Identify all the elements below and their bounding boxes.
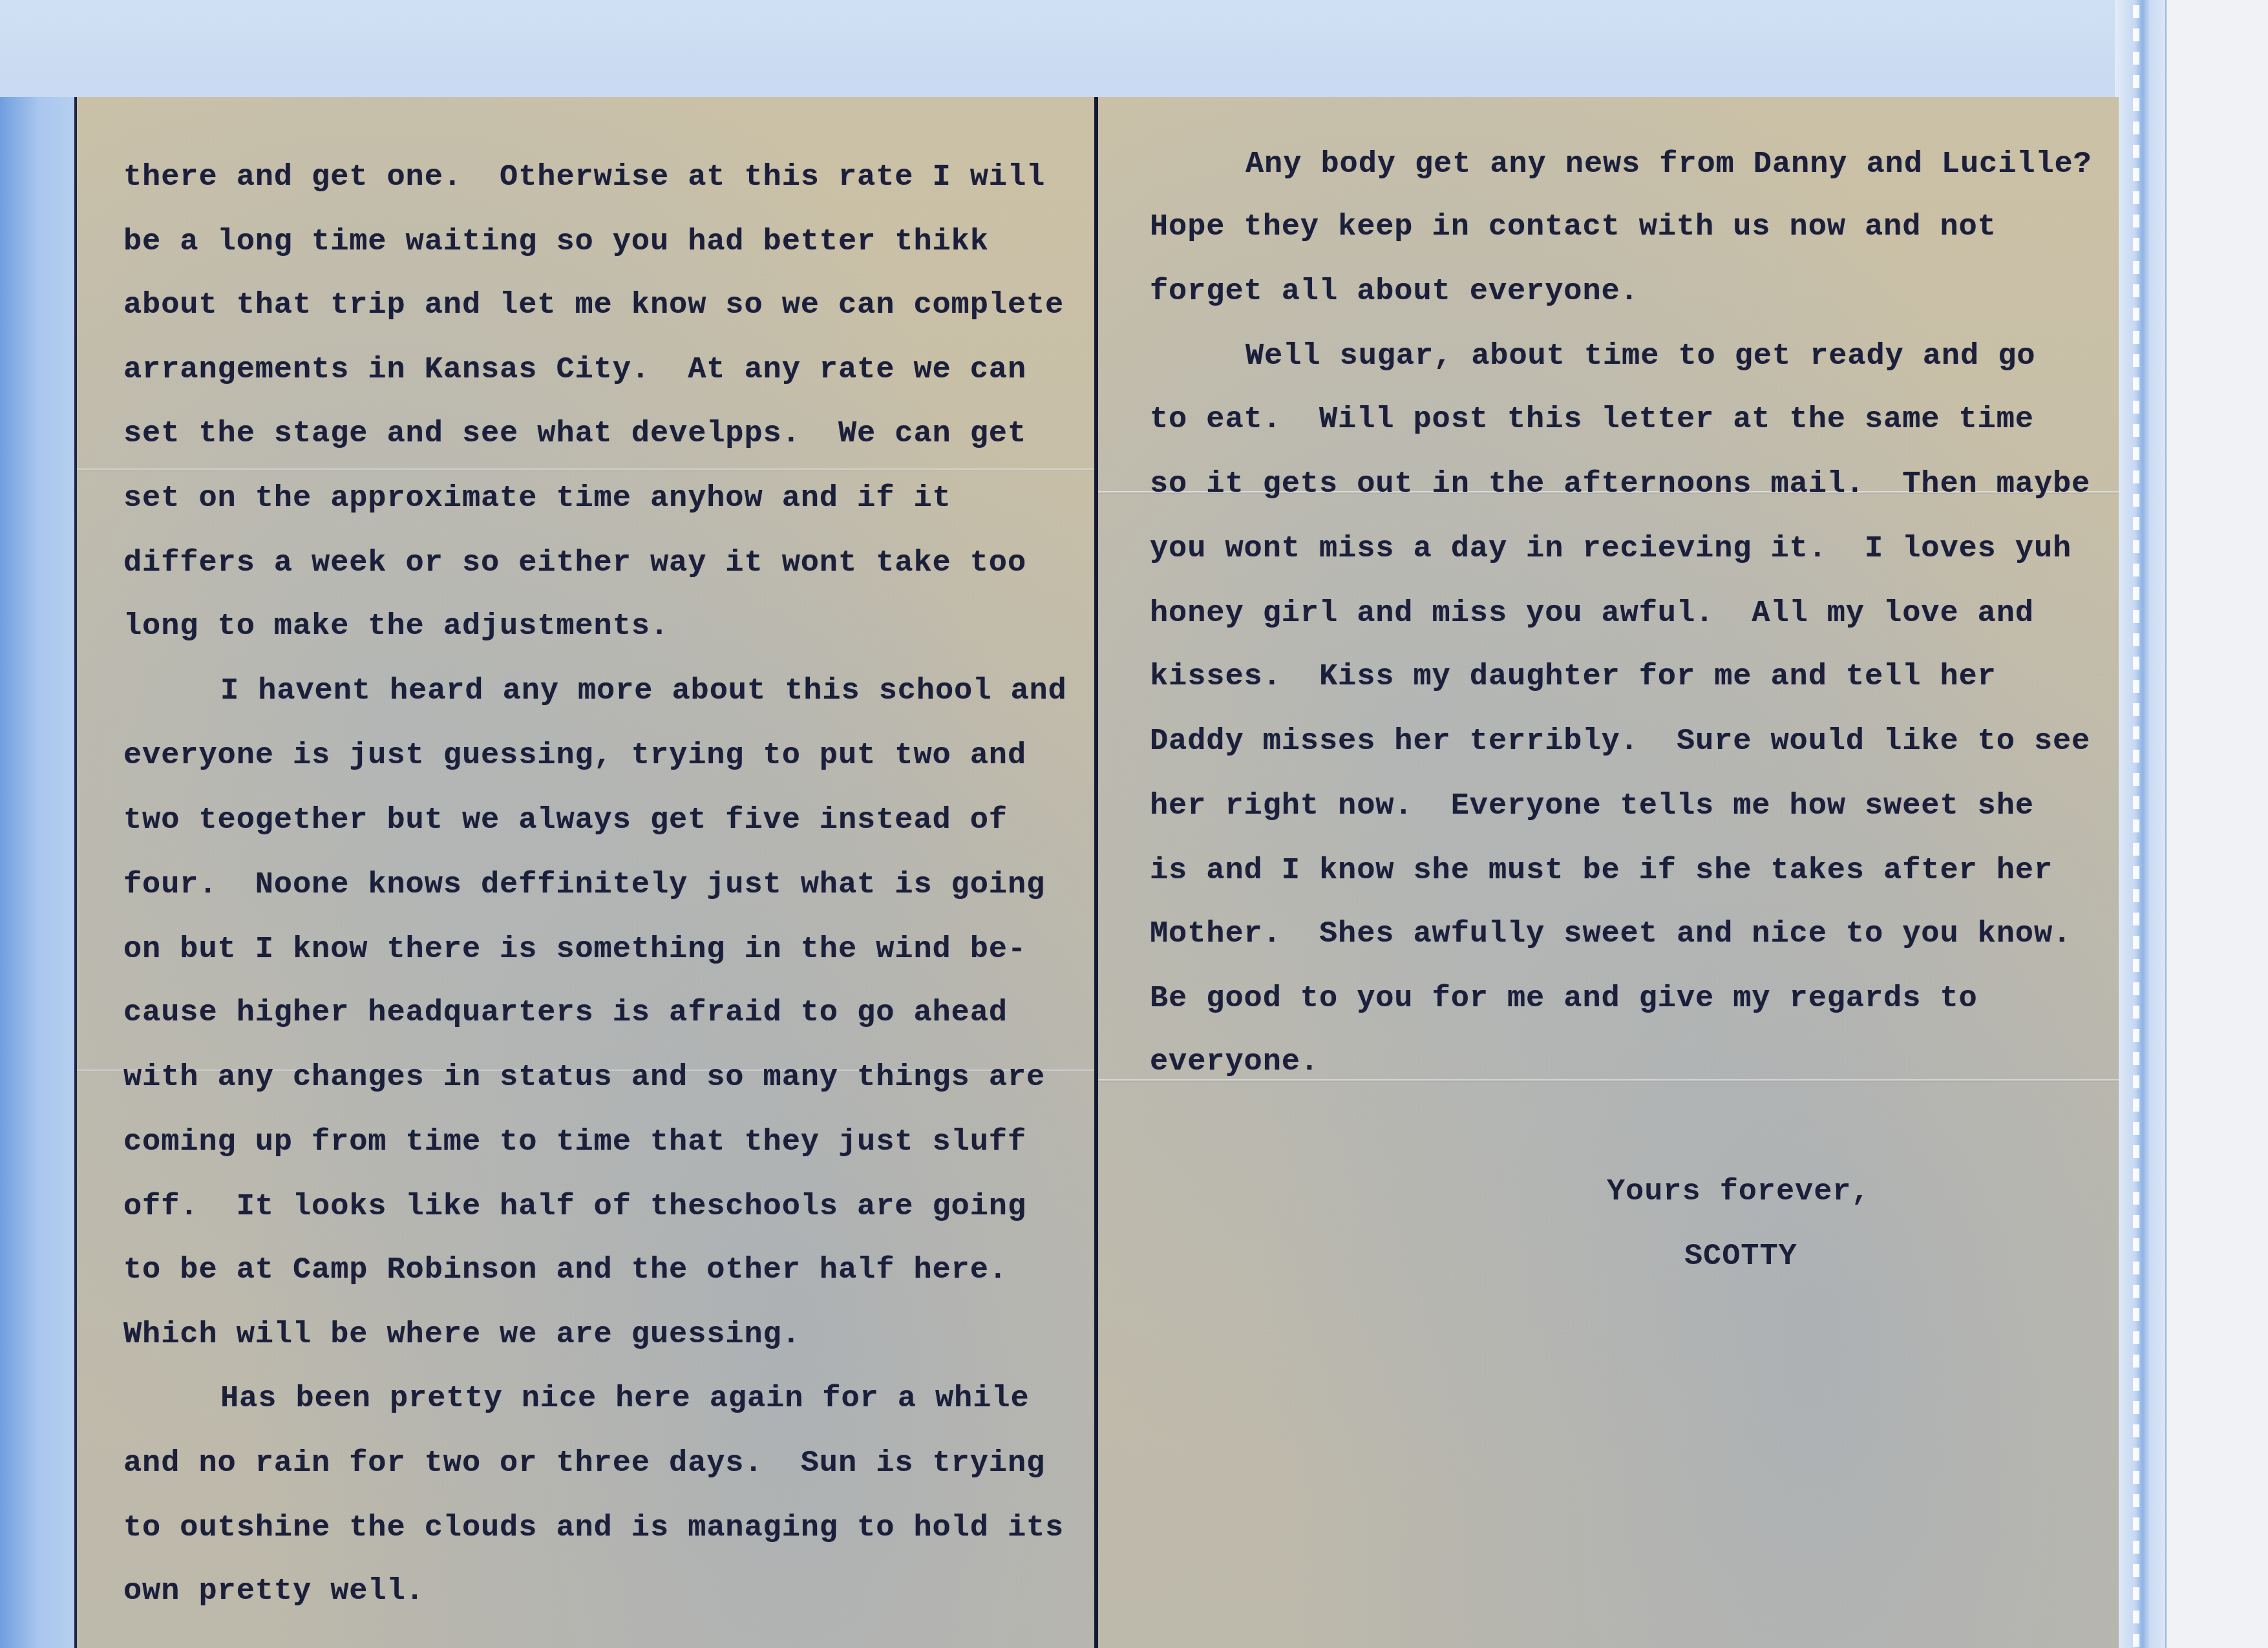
text-line: so it gets out in the afternoons mail. T… [1150,465,2090,504]
text-line: four. Noone knows deffinitely just what … [123,866,1045,905]
text-line: about that trip and let me know so we ca… [123,286,1064,325]
text-line: long to make the adjustments. [123,607,669,646]
text-line: off. It looks like half of theschools ar… [123,1188,1026,1227]
text-line: honey girl and miss you awful. All my lo… [1150,595,2034,633]
text-line: I havent heard any more about this schoo… [220,672,1067,711]
text-line: two teogether but we always get five ins… [123,801,1008,840]
closing: Yours forever, [1607,1173,1870,1212]
scanner-background [0,0,2165,97]
text-line: Hope they keep in contact with us now an… [1150,208,1997,247]
text-line: with any changes in status and so many t… [123,1059,1045,1097]
text-line: Daddy misses her terribly. Sure would li… [1150,723,2090,761]
text-line: differs a week or so either way it wont … [123,544,1026,583]
text-line: Well sugar, about time to get ready and … [1245,337,2035,376]
letter-page-right: Any body get any news from Danny and Luc… [1094,97,2119,1648]
fold-crease [77,469,1097,471]
text-line: Has been pretty nice here again for a wh… [220,1380,1030,1419]
scanner-white-margin [2165,0,2268,1648]
letter-page-left: there and get one. Otherwise at this rat… [74,97,1097,1648]
text-line: you wont miss a day in recieving it. I l… [1150,530,2072,569]
text-line: arrangements in Kansas City. At any rate… [123,351,1026,390]
text-line: kisses. Kiss my daughter for me and tell… [1150,658,1997,697]
text-line: everyone. [1150,1043,1319,1082]
text-line: forget all about everyone. [1150,273,1639,312]
text-line: her right now. Everyone tells me how swe… [1150,787,2034,826]
text-line: own pretty well. [123,1572,425,1611]
text-line: be a long time waiting so you had better… [123,223,989,262]
text-line: to outshine the clouds and is managing t… [123,1509,1064,1548]
text-line: Any body get any news from Danny and Luc… [1245,145,2092,184]
text-line: is and I know she must be if she takes a… [1150,852,2053,891]
text-line: coming up from time to time that they ju… [123,1123,1026,1162]
text-line: on but I know there is something in the … [123,931,1026,969]
text-line: Which will be where we are guessing. [123,1316,801,1355]
text-line: everyone is just guessing, trying to put… [123,737,1026,776]
text-line: set the stage and see what develpps. We … [123,415,1026,454]
signature: SCOTTY [1684,1238,1797,1276]
text-line: to be at Camp Robinson and the other hal… [123,1251,1008,1290]
text-line: there and get one. Otherwise at this rat… [123,158,1045,197]
text-line: and no rain for two or three days. Sun i… [123,1444,1045,1483]
text-line: to eat. Will post this letter at the sam… [1150,401,2034,439]
text-line: Mother. Shes awfully sweet and nice to y… [1150,915,2072,954]
text-line: set on the approximate time anyhow and i… [123,480,951,518]
text-line: cause higher headquarters is afraid to g… [123,994,1008,1033]
plastic-sleeve-edge [2115,0,2165,1648]
text-line: Be good to you for me and give my regard… [1150,980,1978,1019]
sleeve-stitching [2133,0,2139,1648]
